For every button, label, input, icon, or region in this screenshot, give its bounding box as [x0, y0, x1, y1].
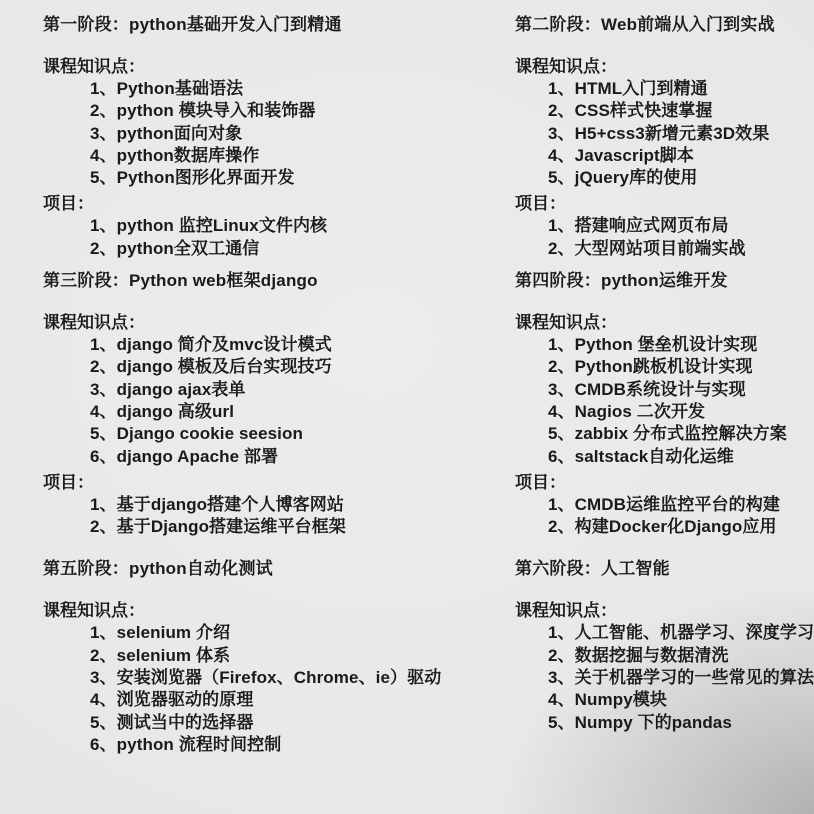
- knowledge-list: 1、人工智能、机器学习、深度学习2、数据挖掘与数据清洗3、关于机器学习的一些常见…: [515, 622, 814, 733]
- knowledge-item: 2、python 模块导入和装饰器: [90, 100, 515, 122]
- knowledge-item: 2、CSS样式快速掌握: [548, 100, 814, 122]
- stage-section: 第三阶段：Python web框架django课程知识点：1、django 简介…: [43, 270, 515, 538]
- knowledge-item: 5、测试当中的选择器: [90, 712, 515, 734]
- knowledge-label: 课程知识点：: [43, 600, 515, 622]
- knowledge-item: 1、django 简介及mvc设计模式: [90, 334, 515, 356]
- knowledge-item: 6、python 流程时间控制: [90, 734, 515, 756]
- knowledge-item: 6、django Apache 部署: [90, 446, 515, 468]
- knowledge-label: 课程知识点：: [515, 312, 814, 334]
- knowledge-item: 3、python面向对象: [90, 123, 515, 145]
- stage-title: 第一阶段：python基础开发入门到精通: [43, 14, 515, 36]
- knowledge-list: 1、Python基础语法2、python 模块导入和装饰器3、python面向对…: [43, 78, 515, 189]
- project-label: 项目：: [515, 472, 814, 494]
- project-label: 项目：: [515, 193, 814, 215]
- curriculum-page: 第一阶段：python基础开发入门到精通课程知识点：1、Python基础语法2、…: [0, 0, 814, 814]
- knowledge-list: 1、Python 堡垒机设计实现2、Python跳板机设计实现3、CMDB系统设…: [515, 334, 814, 468]
- knowledge-item: 4、Numpy模块: [548, 689, 814, 711]
- stage-title: 第四阶段：python运维开发: [515, 270, 814, 292]
- knowledge-item: 3、关于机器学习的一些常见的算法: [548, 667, 814, 689]
- stage-section: 第六阶段：人工智能课程知识点：1、人工智能、机器学习、深度学习2、数据挖掘与数据…: [515, 558, 814, 733]
- knowledge-label: 课程知识点：: [43, 312, 515, 334]
- stage-section: 第五阶段：python自动化测试课程知识点：1、selenium 介绍2、sel…: [43, 558, 515, 756]
- knowledge-item: 1、Python 堡垒机设计实现: [548, 334, 814, 356]
- knowledge-list: 1、HTML入门到精通2、CSS样式快速掌握3、H5+css3新增元素3D效果4…: [515, 78, 814, 189]
- knowledge-item: 4、python数据库操作: [90, 145, 515, 167]
- stage-title: 第三阶段：Python web框架django: [43, 270, 515, 292]
- knowledge-item: 2、Python跳板机设计实现: [548, 356, 814, 378]
- knowledge-item: 3、H5+css3新增元素3D效果: [548, 123, 814, 145]
- knowledge-item: 5、zabbix 分布式监控解决方案: [548, 423, 814, 445]
- knowledge-item: 5、Python图形化界面开发: [90, 167, 515, 189]
- column-right: 第二阶段：Web前端从入门到实战课程知识点：1、HTML入门到精通2、CSS样式…: [515, 14, 814, 814]
- knowledge-label: 课程知识点：: [43, 56, 515, 78]
- stage-section: 第一阶段：python基础开发入门到精通课程知识点：1、Python基础语法2、…: [43, 14, 515, 260]
- knowledge-item: 6、saltstack自动化运维: [548, 446, 814, 468]
- knowledge-item: 4、Javascript脚本: [548, 145, 814, 167]
- knowledge-item: 1、selenium 介绍: [90, 622, 515, 644]
- knowledge-item: 3、django ajax表单: [90, 379, 515, 401]
- project-list: 1、python 监控Linux文件内核2、python全双工通信: [43, 215, 515, 260]
- knowledge-item: 5、jQuery库的使用: [548, 167, 814, 189]
- project-item: 2、基于Django搭建运维平台框架: [90, 516, 515, 538]
- project-label: 项目：: [43, 193, 515, 215]
- knowledge-item: 4、Nagios 二次开发: [548, 401, 814, 423]
- knowledge-item: 3、安装浏览器（Firefox、Chrome、ie）驱动: [90, 667, 515, 689]
- knowledge-item: 2、数据挖掘与数据清洗: [548, 645, 814, 667]
- knowledge-item: 5、Numpy 下的pandas: [548, 712, 814, 734]
- project-item: 2、构建Docker化Django应用: [548, 516, 814, 538]
- knowledge-item: 5、Django cookie seesion: [90, 423, 515, 445]
- column-left: 第一阶段：python基础开发入门到精通课程知识点：1、Python基础语法2、…: [43, 14, 515, 814]
- project-list: 1、基于django搭建个人博客网站2、基于Django搭建运维平台框架: [43, 494, 515, 539]
- project-item: 1、基于django搭建个人博客网站: [90, 494, 515, 516]
- stage-title: 第二阶段：Web前端从入门到实战: [515, 14, 814, 36]
- project-item: 2、大型网站项目前端实战: [548, 238, 814, 260]
- project-list: 1、CMDB运维监控平台的构建2、构建Docker化Django应用: [515, 494, 814, 539]
- project-item: 1、python 监控Linux文件内核: [90, 215, 515, 237]
- knowledge-label: 课程知识点：: [515, 600, 814, 622]
- project-item: 1、CMDB运维监控平台的构建: [548, 494, 814, 516]
- knowledge-item: 1、人工智能、机器学习、深度学习: [548, 622, 814, 644]
- stage-title: 第六阶段：人工智能: [515, 558, 814, 580]
- knowledge-label: 课程知识点：: [515, 56, 814, 78]
- knowledge-item: 4、django 高级url: [90, 401, 515, 423]
- knowledge-item: 1、Python基础语法: [90, 78, 515, 100]
- stage-title: 第五阶段：python自动化测试: [43, 558, 515, 580]
- knowledge-item: 3、CMDB系统设计与实现: [548, 379, 814, 401]
- stage-section: 第二阶段：Web前端从入门到实战课程知识点：1、HTML入门到精通2、CSS样式…: [515, 14, 814, 260]
- stage-section: 第四阶段：python运维开发课程知识点：1、Python 堡垒机设计实现2、P…: [515, 270, 814, 538]
- project-item: 1、搭建响应式网页布局: [548, 215, 814, 237]
- knowledge-item: 1、HTML入门到精通: [548, 78, 814, 100]
- knowledge-item: 4、浏览器驱动的原理: [90, 689, 515, 711]
- project-list: 1、搭建响应式网页布局2、大型网站项目前端实战: [515, 215, 814, 260]
- knowledge-list: 1、django 简介及mvc设计模式2、django 模板及后台实现技巧3、d…: [43, 334, 515, 468]
- knowledge-list: 1、selenium 介绍2、selenium 体系3、安装浏览器（Firefo…: [43, 622, 515, 756]
- knowledge-item: 2、selenium 体系: [90, 645, 515, 667]
- project-label: 项目：: [43, 472, 515, 494]
- knowledge-item: 2、django 模板及后台实现技巧: [90, 356, 515, 378]
- project-item: 2、python全双工通信: [90, 238, 515, 260]
